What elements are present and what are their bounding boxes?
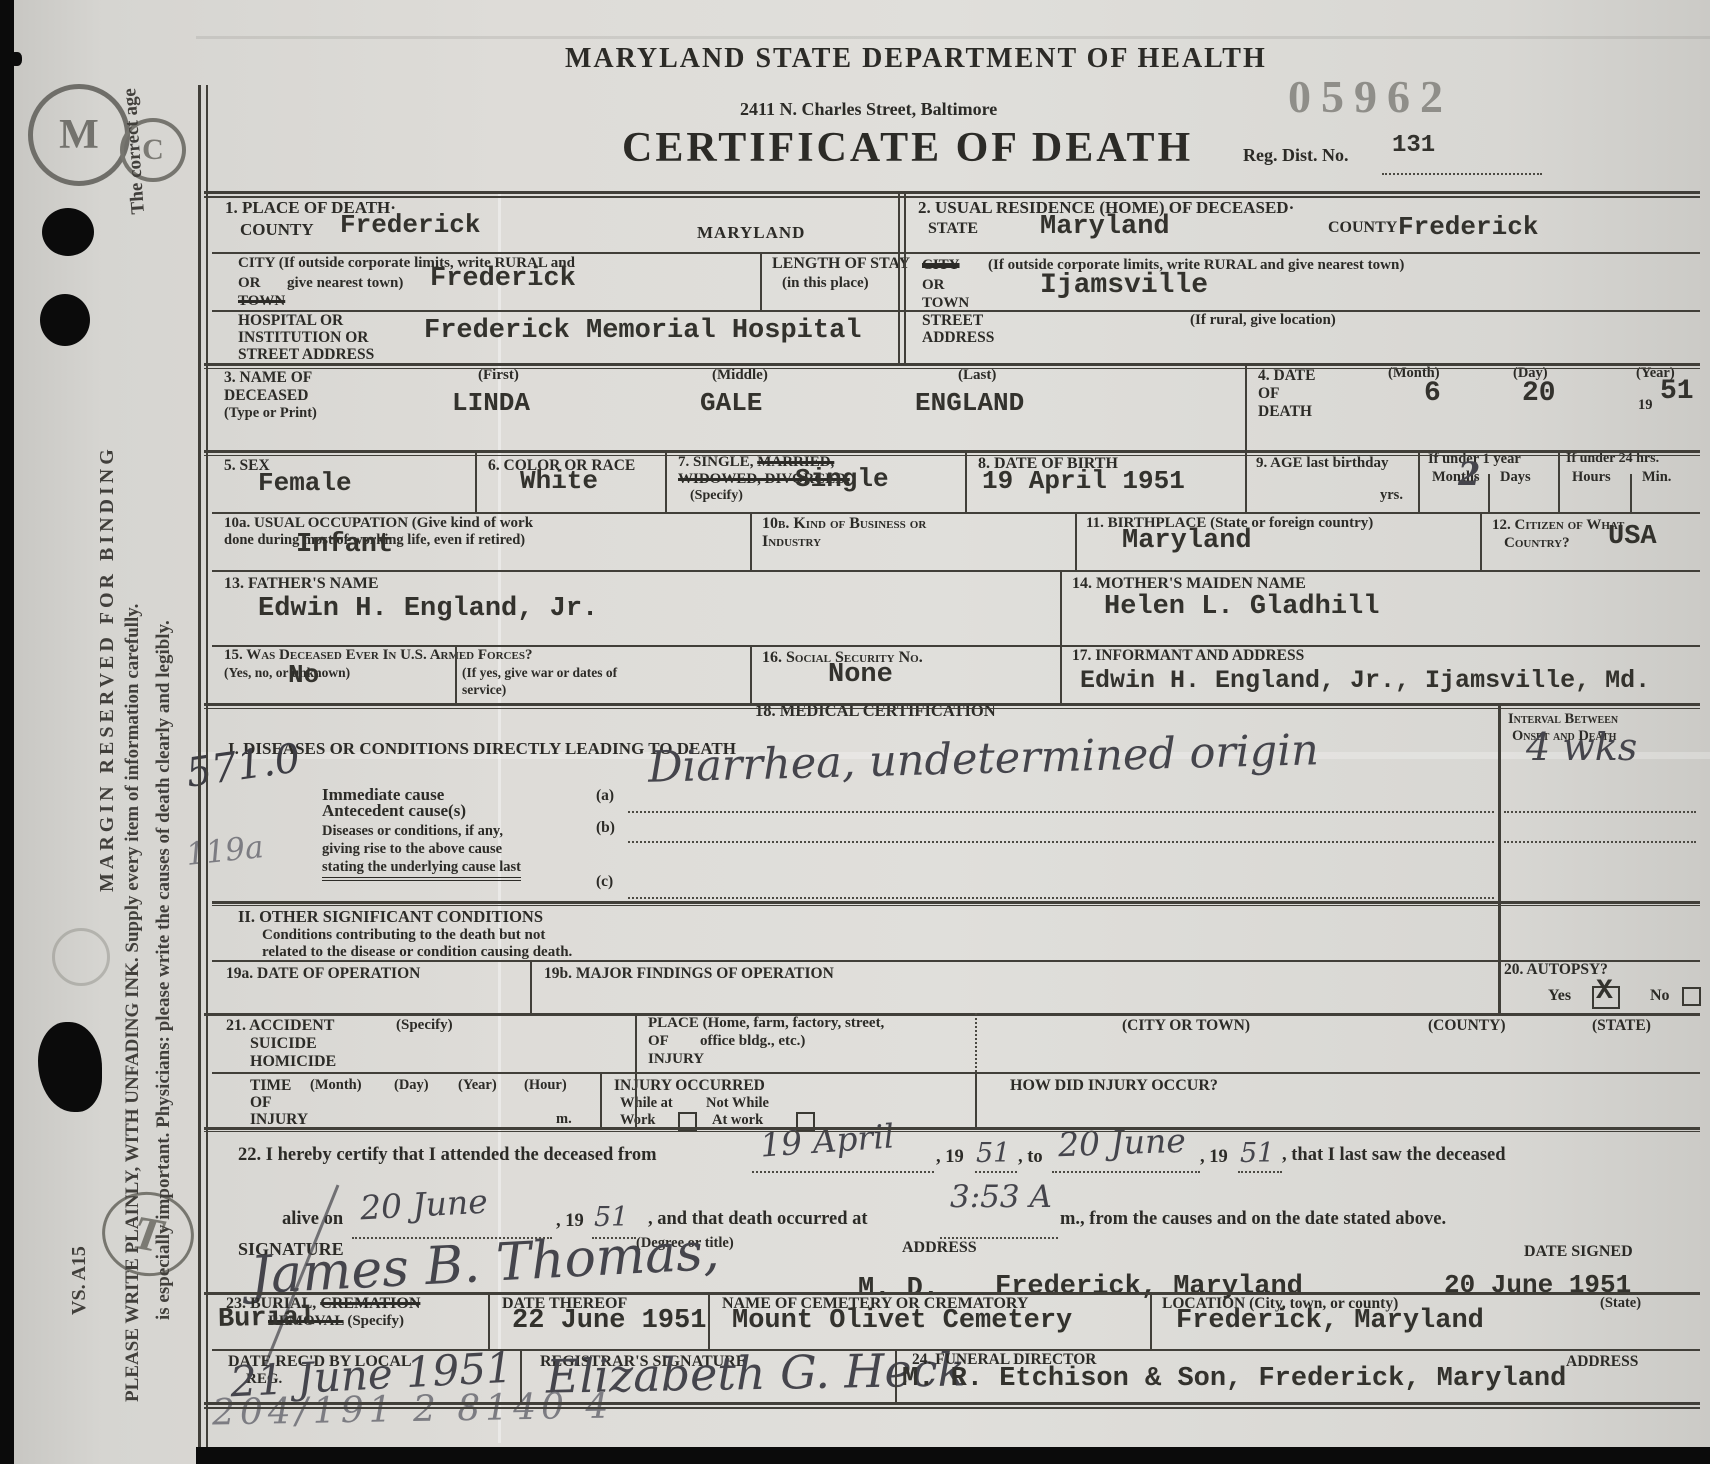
s20-no-label: No — [1650, 988, 1670, 1005]
s18-cause-value: Diarrhea, undetermined origin — [648, 729, 1320, 790]
serial-number-stamp: 05962 — [1288, 70, 1453, 123]
punch-hole — [40, 294, 90, 346]
s21-whileat-label: While at — [620, 1096, 673, 1111]
s24-funeral-value: M. R. Etchison & Son, Frederick, Marylan… — [902, 1366, 1566, 1393]
s22-alive-label: alive on — [282, 1210, 343, 1229]
s21-atwork-label: At work — [712, 1113, 763, 1128]
s21-m-label: m. — [556, 1112, 572, 1127]
s22-alive-value: 20 June — [359, 1185, 488, 1225]
s21-time-day-label: (Day) — [394, 1078, 429, 1093]
rule-line — [752, 1170, 934, 1173]
s2-town-value: Ijamsville — [1040, 272, 1208, 300]
s2-county-label: COUNTY — [1328, 220, 1397, 237]
rule-line — [975, 1013, 978, 1072]
rule-line — [198, 85, 201, 1447]
s1-stay-sublabel: (in this place) — [782, 276, 869, 292]
s2-street-label1: STREET — [922, 313, 983, 329]
rule-line — [1418, 452, 1420, 512]
s3-last-label: (Last) — [958, 368, 996, 384]
s2-county-value: Frederick — [1398, 214, 1538, 240]
s21-county-label: (COUNTY) — [1428, 1018, 1506, 1034]
s21-injury-label: INJURY — [250, 1112, 308, 1128]
rule-line — [1382, 172, 1542, 175]
s10b-label2: Industry — [762, 534, 821, 551]
rule-line — [1238, 1170, 1282, 1173]
stamp-m-letter: M — [59, 111, 99, 159]
reg-dist-value: 131 — [1392, 134, 1435, 158]
s10a-value: Infant — [296, 532, 393, 559]
s3-title3: (Type or Print) — [224, 406, 317, 421]
rule-line — [1245, 452, 1247, 512]
s22-text4: , 19 — [1200, 1148, 1228, 1167]
dept-title: MARYLAND STATE DEPARTMENT OF HEALTH — [565, 44, 1267, 73]
rule-line — [475, 452, 477, 512]
s2-street-label2: ADDRESS — [922, 330, 994, 346]
rule-line — [750, 512, 752, 570]
rule-line — [204, 1292, 1700, 1295]
s1-hospital-label3: STREET ADDRESS — [238, 347, 374, 363]
rule-line — [352, 1236, 552, 1239]
rule-line — [628, 840, 1494, 843]
rule-line — [628, 810, 1494, 813]
rule-line — [212, 252, 1700, 254]
s1-city-value: Frederick — [430, 266, 576, 293]
s13-label: 13. FATHER'S NAME — [224, 576, 379, 593]
s15-label1: 15. Was Deceased Ever In U.S. Armed Forc… — [224, 648, 532, 664]
s18-c-label: (c) — [596, 874, 613, 890]
s22-from-year: 51 — [976, 1140, 1010, 1167]
s1-city-label2: give nearest town) — [287, 276, 403, 292]
s13-value: Edwin H. England, Jr. — [258, 596, 598, 623]
rule-line — [204, 703, 1700, 706]
rule-line — [212, 310, 1700, 312]
s21-specify-label: (Specify) — [396, 1018, 453, 1034]
rule-line — [1498, 705, 1501, 1013]
s7-specify-label: (Specify) — [690, 489, 743, 504]
rule-line — [592, 1236, 636, 1239]
s17-value: Edwin H. England, Jr., Ijamsville, Md. — [1080, 668, 1650, 693]
rule-line — [212, 960, 1700, 962]
scan-edge-bottom — [196, 1447, 1710, 1464]
rule-line — [1052, 1170, 1200, 1173]
rule-line — [212, 1349, 1700, 1351]
rule-line — [212, 512, 1700, 514]
s12-label1: 12. Citizen of What — [1492, 518, 1624, 534]
s1-state-printed: MARYLAND — [697, 224, 805, 242]
certificate-title: CERTIFICATE OF DEATH — [622, 126, 1193, 170]
rule-line — [1060, 645, 1062, 705]
reg-dist-label: Reg. Dist. No. — [1243, 146, 1349, 165]
rule-line — [600, 1072, 602, 1127]
s21-accident-label: 21. ACCIDENT — [226, 1018, 334, 1035]
s18-antecedent-note1: Diseases or conditions, if any, — [322, 824, 503, 839]
s21-work-label: Work — [620, 1113, 655, 1128]
s9-days-label: Days — [1500, 470, 1531, 485]
s21-time-year-label: (Year) — [458, 1078, 497, 1093]
s3-middle-value: GALE — [700, 390, 762, 416]
s22-text9: m., from the causes and on the date stat… — [1060, 1210, 1446, 1229]
s9-min-label: Min. — [1642, 470, 1671, 485]
rule-line — [530, 960, 532, 1013]
rule-line — [1480, 512, 1482, 570]
scan-edge-left — [0, 0, 14, 1464]
s4-year-value: 51 — [1660, 378, 1694, 406]
s1-town-label-struck: TOWN — [238, 294, 285, 310]
s9-label: 9. AGE last birthday — [1256, 456, 1389, 472]
rule-line — [965, 452, 967, 512]
s18-b-label: (b) — [596, 820, 615, 836]
s21-place-label1: PLACE (Home, farm, factory, street, — [648, 1016, 884, 1032]
s2-state-value: Maryland — [1040, 214, 1170, 241]
s14-value: Helen L. Gladhill — [1104, 594, 1379, 621]
s20-yes-label: Yes — [1548, 988, 1571, 1005]
s23-date-value: 22 June 1951 — [512, 1308, 706, 1335]
rule-line — [488, 1292, 490, 1349]
stamp-t-circle: T — [95, 1185, 200, 1284]
margin-plainly-text: PLEASE WRITE PLAINLY, WITH UNFADING INK.… — [122, 207, 144, 1402]
s19b-label: 19b. MAJOR FINDINGS OF OPERATION — [544, 966, 834, 982]
rule-line — [204, 1127, 1700, 1130]
rule-line — [212, 901, 1700, 904]
rule-line — [204, 191, 1700, 194]
s1-county-label: COUNTY — [240, 221, 314, 239]
s21-homicide-label: HOMICIDE — [250, 1054, 336, 1071]
rule-line — [1150, 1292, 1152, 1349]
s21-notwhile-label: Not While — [706, 1096, 769, 1111]
rule-line — [1060, 570, 1062, 645]
s22-from-value: 19 April — [759, 1119, 895, 1161]
rule-line — [1504, 840, 1696, 843]
s21-place-label2b: office bldg., etc.) — [700, 1034, 805, 1050]
s2-street-note: (If rural, give location) — [1190, 313, 1336, 329]
rule-line — [204, 368, 1700, 369]
stamp-faint-circle — [52, 928, 110, 986]
s20-label: 20. AUTOPSY? — [1504, 962, 1608, 978]
margin-correct-age-text: The correct age — [119, 79, 150, 215]
s3-title2: DECEASED — [224, 388, 308, 404]
rule-line — [975, 1072, 977, 1127]
s18-part2-label: II. OTHER SIGNIFICANT CONDITIONS — [238, 908, 543, 925]
s3-last-value: ENGLAND — [915, 390, 1024, 416]
rule-line — [204, 1131, 1700, 1132]
s12-label2: Country? — [1504, 536, 1570, 552]
s12-value: USA — [1608, 524, 1657, 551]
s20-yes-mark: X — [1596, 978, 1613, 1006]
rule-line — [665, 452, 667, 512]
s18-code-119a: 119a — [185, 832, 265, 871]
s5-value: Female — [258, 470, 352, 496]
s15-label3: (If yes, give war or dates of — [462, 666, 617, 680]
death-certificate-scan: M C T MARGIN RESERVED FOR BINDING VS. A1… — [0, 0, 1710, 1464]
rule-line — [975, 1170, 1017, 1173]
rule-line — [204, 450, 1700, 453]
s23-cremation-struck: CREMATION — [320, 1295, 420, 1312]
s3-middle-label: (Middle) — [712, 368, 768, 384]
rule-line — [520, 1349, 522, 1402]
s18-code-571: 571.0 — [184, 738, 303, 794]
pencil-note: 204/191 2 8140 4 — [212, 1389, 614, 1432]
s1-hospital-label1: HOSPITAL OR — [238, 313, 343, 329]
s1-hospital-label2: INSTITUTION OR — [238, 330, 369, 346]
s22-address-label: ADDRESS — [902, 1240, 977, 1257]
s4-title1: 4. DATE — [1258, 368, 1315, 384]
s9-months-value: 2 — [1458, 458, 1480, 490]
rule-line — [204, 455, 1700, 456]
rule-line — [1630, 474, 1632, 512]
rule-line — [1075, 512, 1077, 570]
rule-line — [898, 193, 900, 365]
s11-value: Maryland — [1122, 528, 1252, 555]
rule-line — [708, 1292, 710, 1349]
s2-city-label-struck: CITY — [922, 258, 960, 274]
s8-value: 19 April 1951 — [982, 468, 1185, 494]
punch-hole — [42, 208, 94, 256]
s7-value: Single — [795, 466, 889, 492]
s15-value: No — [288, 662, 319, 688]
margin-binding-text: MARGIN RESERVED FOR BINDING — [96, 387, 119, 892]
s22-certify-text1: 22. I hereby certify that I attended the… — [238, 1146, 657, 1165]
rule-line — [212, 570, 1700, 572]
s9-hours-label: Hours — [1572, 470, 1611, 485]
s18-antecedent-note2: giving rise to the above cause — [322, 842, 502, 857]
s22-time-value: 3:53 A — [950, 1182, 1052, 1213]
s4-title2: OF — [1258, 386, 1280, 402]
s18-antecedent-note3: stating the underlying cause last — [322, 860, 521, 881]
rule-line — [750, 645, 752, 705]
s1-hospital-value: Frederick Memorial Hospital — [424, 318, 861, 345]
s22-text3: , to — [1018, 1148, 1043, 1167]
s21-city-label: (CITY OR TOWN) — [1122, 1018, 1250, 1034]
ink-blob — [38, 1022, 102, 1112]
rule-line — [204, 1013, 1700, 1016]
s7-single: 7. SINGLE, — [678, 454, 757, 470]
paper-top-edge — [196, 36, 1710, 39]
s4-day-value: 20 — [1522, 380, 1556, 408]
rule-line — [1488, 474, 1490, 512]
s6-value: White — [520, 468, 598, 494]
s16-value: None — [828, 662, 893, 689]
s22-text5: , that I last saw the deceased — [1282, 1146, 1506, 1165]
s21-of-label: OF — [250, 1095, 272, 1111]
s3-title1: 3. NAME OF — [224, 370, 312, 386]
s21-time-label: TIME — [250, 1078, 291, 1094]
s4-month-value: 6 — [1424, 380, 1441, 408]
s23-state-label: (State) — [1600, 1296, 1641, 1311]
s21-time-hour-label: (Hour) — [524, 1078, 567, 1093]
rule-line — [635, 1013, 637, 1127]
s18-a-label: (a) — [596, 788, 614, 804]
rule-line — [212, 905, 1700, 906]
s21-state-label: (STATE) — [1592, 1018, 1651, 1034]
s23-location-value: Frederick, Maryland — [1176, 1308, 1484, 1335]
rule-line — [455, 645, 457, 705]
rule-line — [204, 708, 1700, 709]
rule-line — [212, 645, 1700, 647]
s10b-label1: 10b. Kind of Business or — [762, 516, 926, 533]
s14-label: 14. MOTHER'S MAIDEN NAME — [1072, 576, 1306, 593]
rule-line — [1245, 365, 1247, 452]
s20-no-checkbox — [1682, 987, 1701, 1006]
s21-suicide-label: SUICIDE — [250, 1036, 317, 1053]
s2-state-label: STATE — [928, 221, 978, 238]
s18-part2-note2: related to the disease or condition caus… — [262, 945, 572, 961]
s3-first-value: LINDA — [452, 390, 530, 416]
s9-yrs-label: yrs. — [1380, 488, 1403, 503]
s23-value: Burial — [218, 1305, 316, 1334]
s17-label: 17. INFORMANT AND ADDRESS — [1072, 648, 1304, 664]
s15-label4: service) — [462, 683, 506, 697]
rule-line — [1558, 452, 1560, 512]
s23-cemetery-value: Mount Olivet Cemetery — [732, 1308, 1072, 1335]
s22-to-year: 51 — [1240, 1140, 1274, 1167]
margin-legibly-text: is especially important. Physicians: ple… — [153, 210, 175, 1320]
s24-address-label: ADDRESS — [1566, 1354, 1638, 1370]
s2-or-label: OR — [922, 278, 945, 294]
rule-line — [628, 896, 1494, 899]
stamp-m-circle: M — [28, 84, 130, 186]
s3-first-label: (First) — [478, 368, 519, 384]
s22-datesigned-label: DATE SIGNED — [1524, 1244, 1633, 1261]
s21-time-month-label: (Month) — [310, 1078, 362, 1093]
s23-specify-word: (Specify) — [344, 1313, 404, 1329]
scan-speck — [10, 52, 22, 66]
s19a-label: 19a. DATE OF OPERATION — [226, 966, 420, 982]
rule-line — [204, 363, 1700, 366]
margin-vs-code: VS. A15 — [68, 1190, 91, 1315]
rule-line — [204, 1407, 1700, 1409]
rule-line — [940, 1236, 1058, 1239]
s22-text2: , 19 — [936, 1148, 964, 1167]
rule-line — [760, 252, 762, 310]
rule-line — [895, 1349, 897, 1402]
s4-title3: DEATH — [1258, 404, 1312, 420]
rule-line — [212, 1072, 1700, 1074]
dept-address: 2411 N. Charles Street, Baltimore — [740, 100, 997, 119]
s21-place-label2: OF — [648, 1034, 669, 1050]
s21-how-label: HOW DID INJURY OCCUR? — [1010, 1078, 1218, 1095]
rule-line — [206, 85, 208, 1447]
s4-year-prefix: 19 — [1638, 398, 1653, 413]
rule-line — [904, 193, 906, 365]
s21-place-label3: INJURY — [648, 1052, 704, 1068]
s18-antecedent-label: Antecedent cause(s) — [322, 802, 466, 820]
rule-line — [1504, 810, 1696, 813]
rule-line — [204, 1402, 1700, 1405]
s18-interval-value: 4 wks — [1526, 728, 1637, 766]
s1-stay-label: LENGTH OF STAY — [772, 256, 910, 273]
s1-or-label: OR — [238, 276, 261, 292]
s1-county-value: Frederick — [340, 212, 480, 238]
s18-part2-note1: Conditions contributing to the death but… — [262, 928, 545, 944]
rule-line — [204, 196, 1700, 198]
